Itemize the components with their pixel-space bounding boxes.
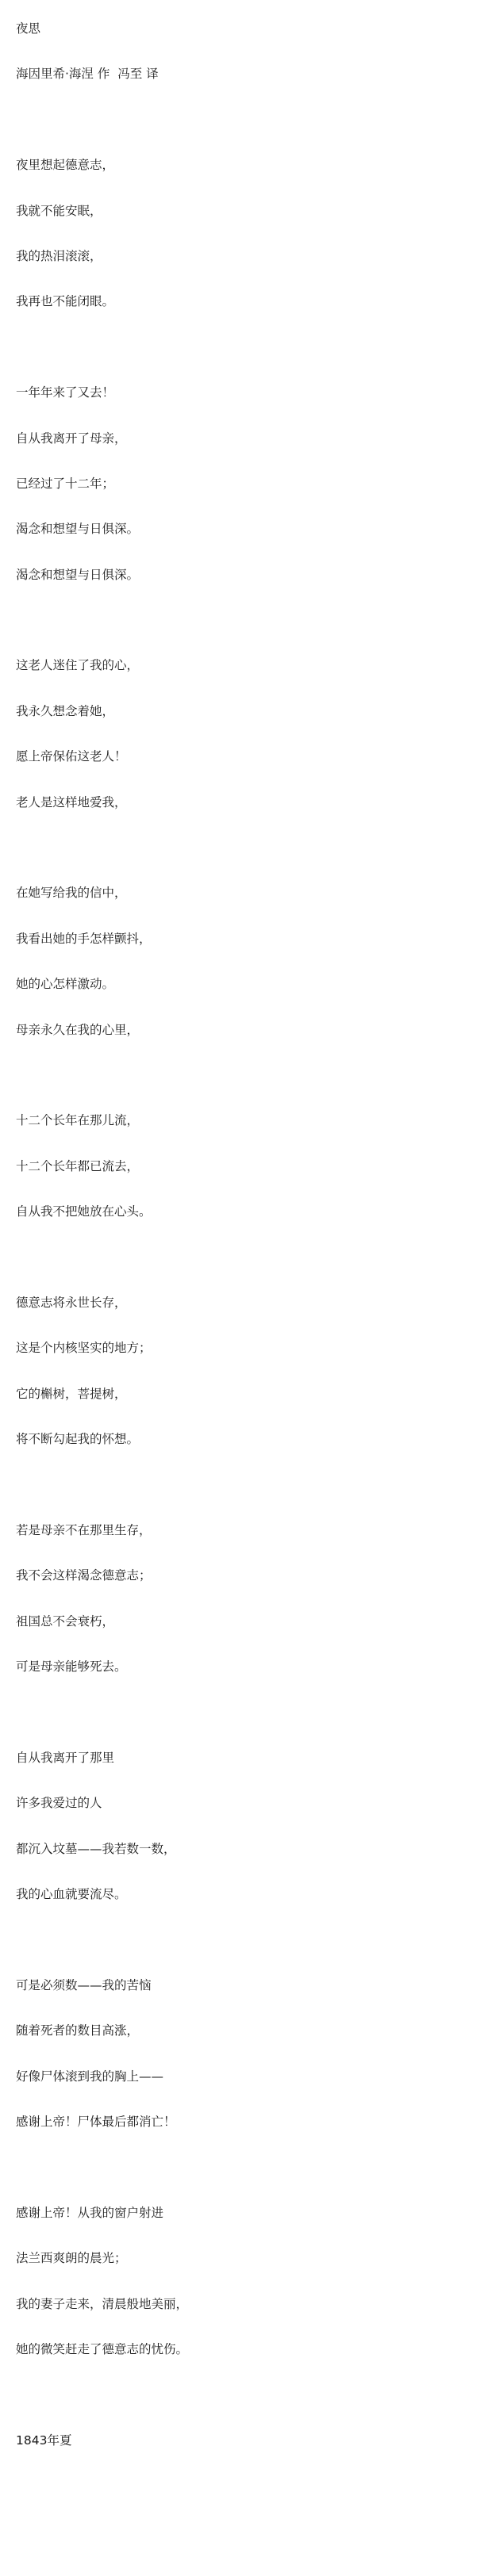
poem-line: 感谢上帝！尸体最后都消亡！ (16, 2099, 476, 2145)
poem-line: 她的微笑赶走了德意志的忧伤。 (16, 2327, 476, 2372)
poem-line: 老人是这样地爱我， (16, 780, 476, 825)
stanza-gap (16, 1053, 476, 1098)
poem-line: 许多我爱过的人 (16, 1781, 476, 1826)
stanza-gap (16, 2145, 476, 2190)
poem-date: 1843年夏 (16, 2418, 476, 2463)
poem-line: 十二个长年在那儿流， (16, 1098, 476, 1143)
poem-line: 都沉入坟墓——我若数一数， (16, 1827, 476, 1872)
poem-line: 随着死者的数目高涨， (16, 2008, 476, 2054)
poem-line: 我再也不能闭眼。 (16, 279, 476, 324)
poem-line: 将不断勾起我的怀想。 (16, 1417, 476, 1462)
poem-line: 自从我离开了那里 (16, 1736, 476, 1781)
poem-line: 它的槲树，菩提树， (16, 1372, 476, 1417)
poem-line: 一年年来了又去！ (16, 370, 476, 415)
poem-line: 我看出她的手怎样颤抖， (16, 917, 476, 962)
stanza-7: 若是母亲不在那里生存， 我不会这样渴念德意志； 祖国总不会衰朽， 可是母亲能够死… (16, 1508, 476, 1690)
stanza-gap (16, 2372, 476, 2417)
poem-line: 在她写给我的信中， (16, 871, 476, 916)
poem-line: 夜里想起德意志， (16, 143, 476, 188)
poem-line: 自从我离开了母亲， (16, 416, 476, 461)
stanza-2: 一年年来了又去！ 自从我离开了母亲， 已经过了十二年； 渴念和想望与日俱深。 渴… (16, 370, 476, 598)
poem-line: 祖国总不会衰朽， (16, 1599, 476, 1644)
stanza-gap (16, 1917, 476, 1962)
poem-line: 感谢上帝！从我的窗户射进 (16, 2191, 476, 2236)
stanza-1: 夜里想起德意志， 我就不能安眠， 我的热泪滚滚， 我再也不能闭眼。 (16, 143, 476, 325)
poem-line: 法兰西爽朗的晨光； (16, 2236, 476, 2281)
stanza-6: 德意志将永世长存， 这是个内核坚实的地方； 它的槲树，菩提树， 将不断勾起我的怀… (16, 1280, 476, 1463)
poem-line: 德意志将永世长存， (16, 1280, 476, 1326)
poem-line: 这是个内核坚实的地方； (16, 1326, 476, 1371)
poem-line: 我就不能安眠， (16, 189, 476, 234)
stanza-gap (16, 825, 476, 871)
poem-line: 我不会这样渴念德意志； (16, 1553, 476, 1598)
stanza-gap (16, 1690, 476, 1735)
poem-line: 母亲永久在我的心里， (16, 1008, 476, 1053)
stanza-3: 这老人迷住了我的心， 我永久想念着她， 愿上帝保佑这老人！ 老人是这样地爱我， (16, 643, 476, 825)
poem-line: 自从我不把她放在心头。 (16, 1189, 476, 1234)
stanza-10: 感谢上帝！从我的窗户射进 法兰西爽朗的晨光； 我的妻子走来，清晨般地美丽， 她的… (16, 2191, 476, 2373)
stanza-gap (16, 598, 476, 643)
poem-line: 渴念和想望与日俱深。 (16, 507, 476, 552)
poem-line: 我的妻子走来，清晨般地美丽， (16, 2282, 476, 2327)
poem-line: 这老人迷住了我的心， (16, 643, 476, 688)
poem-line: 若是母亲不在那里生存， (16, 1508, 476, 1553)
stanza-9: 可是必须数——我的苦恼 随着死者的数目高涨， 好像尸体滚到我的胸上—— 感谢上帝… (16, 1963, 476, 2145)
poem-title: 夜思 (16, 6, 476, 52)
poem-line: 十二个长年都已流去， (16, 1144, 476, 1189)
poem-line: 我的心血就要流尽。 (16, 1872, 476, 1917)
stanza-gap (16, 1463, 476, 1508)
poem-document: 夜思 海因里希·海涅 作 冯至 译 夜里想起德意志， 我就不能安眠， 我的热泪滚… (16, 6, 476, 2463)
stanza-5: 十二个长年在那儿流， 十二个长年都已流去， 自从我不把她放在心头。 (16, 1098, 476, 1234)
spacer (16, 98, 476, 143)
poem-line: 我永久想念着她， (16, 689, 476, 734)
stanza-8: 自从我离开了那里 许多我爱过的人 都沉入坟墓——我若数一数， 我的心血就要流尽。 (16, 1736, 476, 1918)
poem-line: 已经过了十二年； (16, 461, 476, 507)
poem-line: 渴念和想望与日俱深。 (16, 553, 476, 598)
stanza-gap (16, 1235, 476, 1280)
poem-line: 可是母亲能够死去。 (16, 1644, 476, 1690)
stanza-gap (16, 325, 476, 370)
poem-line: 可是必须数——我的苦恼 (16, 1963, 476, 2008)
poem-line: 愿上帝保佑这老人！ (16, 734, 476, 779)
poem-line: 好像尸体滚到我的胸上—— (16, 2054, 476, 2099)
stanza-4: 在她写给我的信中， 我看出她的手怎样颤抖， 她的心怎样激动。 母亲永久在我的心里… (16, 871, 476, 1053)
poem-line: 她的心怎样激动。 (16, 962, 476, 1007)
poem-line: 我的热泪滚滚， (16, 234, 476, 279)
poem-byline: 海因里希·海涅 作 冯至 译 (16, 52, 476, 97)
